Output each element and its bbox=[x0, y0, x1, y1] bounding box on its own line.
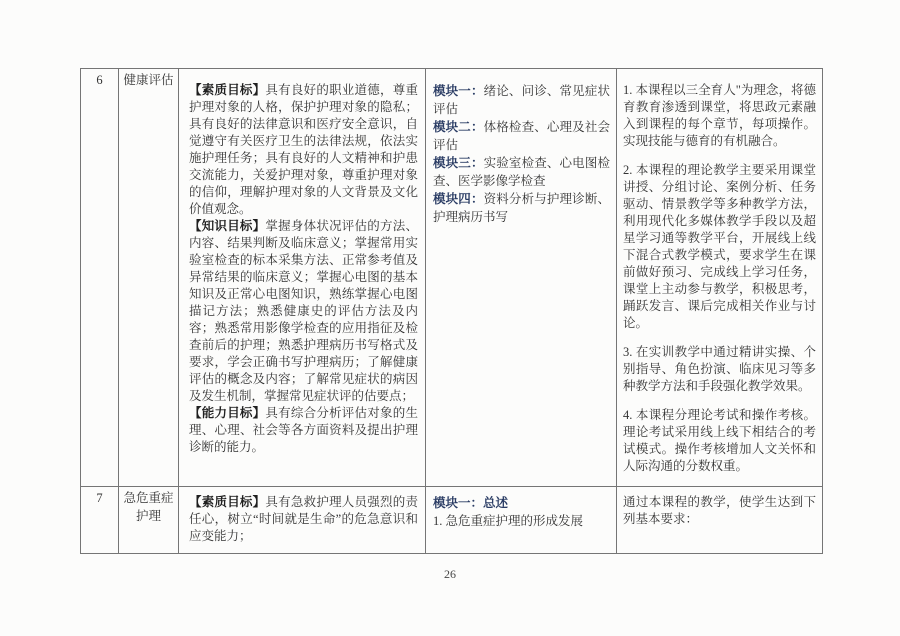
row-number: 6 bbox=[96, 73, 102, 87]
course-name-cell: 急危重症护理 bbox=[119, 487, 179, 554]
module-line: 模块四：资料分析与护理诊断、护理病历书写 bbox=[433, 190, 610, 226]
module-text: 1. 急危重症护理的形成发展 bbox=[433, 514, 583, 528]
teaching-methods-cell: 1. 本课程以三全育人"为理念，将德育教育渗透到课堂，将思政元素融入到课程的每个… bbox=[617, 69, 823, 487]
module-line: 模块三：实验室检查、心电图检查、医学影像学检查 bbox=[433, 154, 610, 190]
modules-cell: 模块一：绪论、问诊、常见症状评估 模块二：体格检查、心理及社会评估 模块三：实验… bbox=[426, 69, 617, 487]
objective-label: 【能力目标】 bbox=[189, 406, 265, 420]
course-name: 健康评估 bbox=[123, 73, 173, 87]
objective-label: 【素质目标】 bbox=[189, 495, 265, 509]
course-name: 急危重症护理 bbox=[123, 491, 173, 523]
module-label: 模块一： bbox=[433, 84, 484, 98]
page-number: 26 bbox=[0, 567, 900, 582]
objective-label: 【知识目标】 bbox=[189, 219, 265, 233]
objective-paragraph: 【素质目标】具有良好的职业道德，尊重护理对象的人格，保护护理对象的隐私；具有良好… bbox=[189, 82, 418, 218]
objective-text: 具有良好的职业道德，尊重护理对象的人格，保护护理对象的隐私；具有良好的法律意识和… bbox=[189, 83, 418, 216]
module-label: 模块二： bbox=[433, 120, 484, 134]
method-paragraph: 4. 本课程分理论考试和操作考核。理论考试采用线上线下相结合的考试模式。操作考核… bbox=[623, 407, 816, 475]
module-line: 模块一：绪论、问诊、常见症状评估 bbox=[433, 82, 610, 118]
row-number-cell: 6 bbox=[81, 69, 119, 487]
objective-paragraph: 【知识目标】掌握身体状况评估的方法、内容、结果判断及临床意义；掌握常用实验室检查… bbox=[189, 218, 418, 405]
objectives-cell: 【素质目标】具有急救护理人员强烈的责任心，树立“时间就是生命”的危急意识和应变能… bbox=[179, 487, 426, 554]
course-name-cell: 健康评估 bbox=[119, 69, 179, 487]
course-objectives-table: 6 健康评估 【素质目标】具有良好的职业道德，尊重护理对象的人格，保护护理对象的… bbox=[80, 68, 823, 554]
module-label: 模块一：总述 bbox=[433, 496, 508, 510]
document-page: 6 健康评估 【素质目标】具有良好的职业道德，尊重护理对象的人格，保护护理对象的… bbox=[0, 0, 900, 636]
row-number-cell: 7 bbox=[81, 487, 119, 554]
module-line: 模块一：总述 bbox=[433, 494, 610, 512]
modules-cell: 模块一：总述 1. 急危重症护理的形成发展 bbox=[426, 487, 617, 554]
table-row-course-7: 7 急危重症护理 【素质目标】具有急救护理人员强烈的责任心，树立“时间就是生命”… bbox=[81, 487, 823, 554]
teaching-methods-cell: 通过本课程的教学，使学生达到下列基本要求： bbox=[617, 487, 823, 554]
objective-paragraph: 【素质目标】具有急救护理人员强烈的责任心，树立“时间就是生命”的危急意识和应变能… bbox=[189, 494, 418, 545]
module-label: 模块三： bbox=[433, 156, 484, 170]
method-paragraph: 2. 本课程的理论教学主要采用课堂讲授、分组讨论、案例分析、任务驱动、情景教学等… bbox=[623, 162, 816, 332]
method-paragraph: 3. 在实训教学中通过精讲实操、个别指导、角色扮演、临床见习等多种教学方法和手段… bbox=[623, 344, 816, 395]
row-number: 7 bbox=[96, 491, 102, 505]
table-row-course-6: 6 健康评估 【素质目标】具有良好的职业道德，尊重护理对象的人格，保护护理对象的… bbox=[81, 69, 823, 487]
module-label: 模块四： bbox=[433, 192, 484, 206]
objective-label: 【素质目标】 bbox=[189, 83, 265, 97]
module-line: 模块二：体格检查、心理及社会评估 bbox=[433, 118, 610, 154]
method-paragraph: 1. 本课程以三全育人"为理念，将德育教育渗透到课堂，将思政元素融入到课程的每个… bbox=[623, 82, 816, 150]
module-line: 1. 急危重症护理的形成发展 bbox=[433, 512, 610, 530]
objectives-cell: 【素质目标】具有良好的职业道德，尊重护理对象的人格，保护护理对象的隐私；具有良好… bbox=[179, 69, 426, 487]
objective-text: 掌握身体状况评估的方法、内容、结果判断及临床意义；掌握常用实验室检查的标本采集方… bbox=[189, 219, 418, 403]
method-paragraph: 通过本课程的教学，使学生达到下列基本要求： bbox=[623, 494, 816, 528]
objective-paragraph: 【能力目标】具有综合分析评估对象的生理、心理、社会等各方面资料及提出护理诊断的能… bbox=[189, 405, 418, 456]
